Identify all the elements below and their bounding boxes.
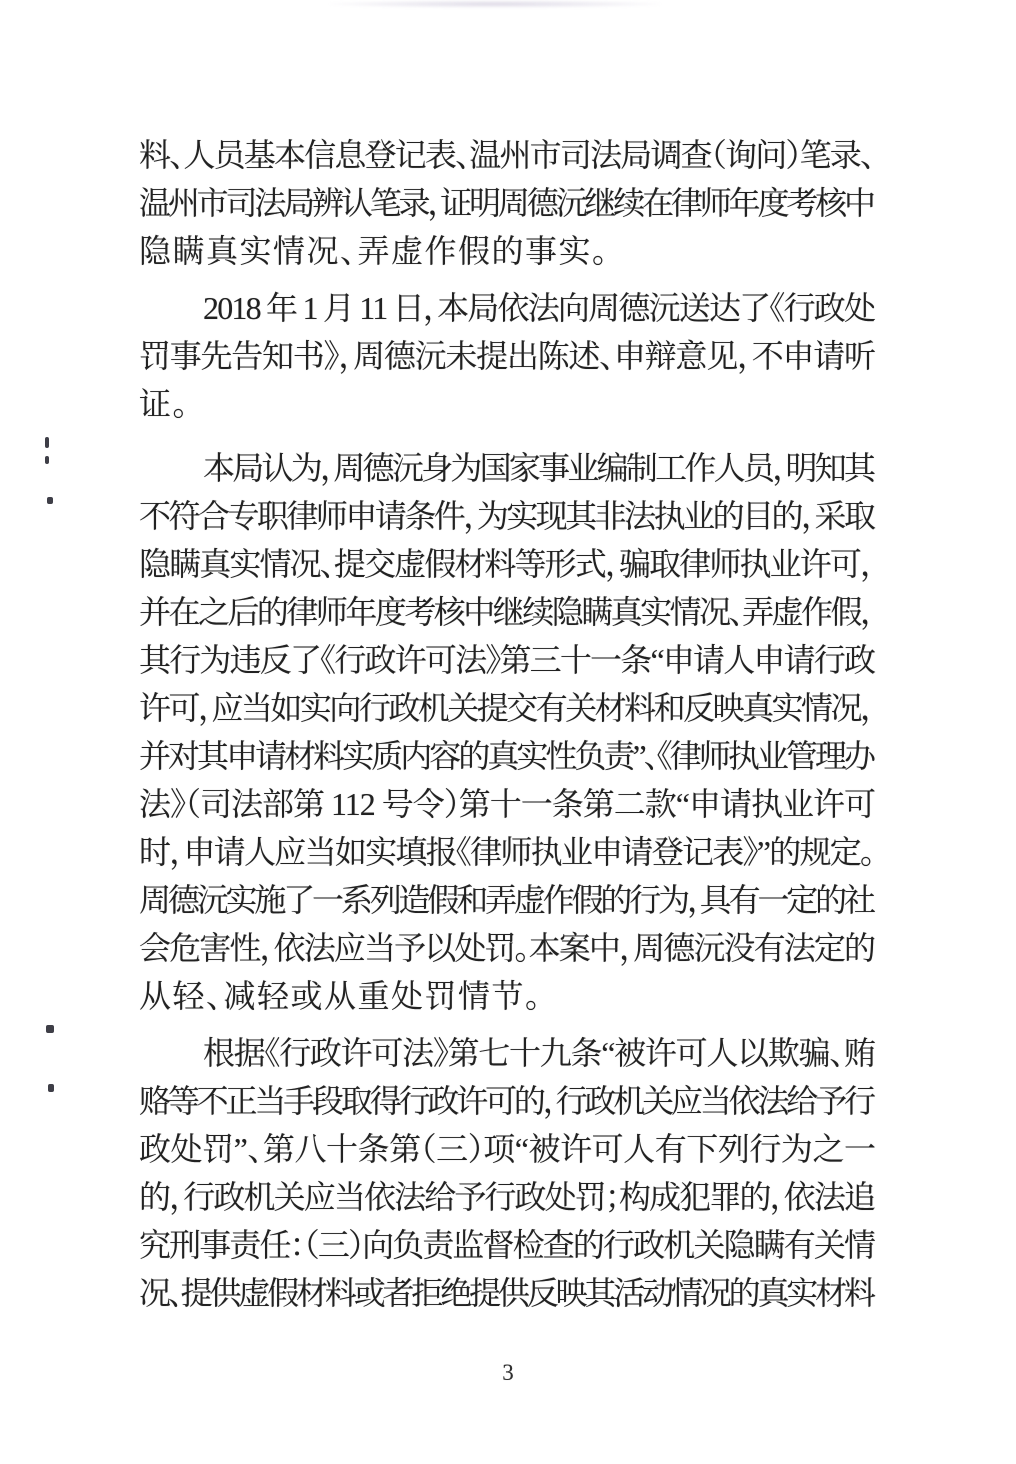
scan-artifact-dot xyxy=(45,456,49,464)
text-line: 法》（司法部第 112 号令）第十一条第二款“申请执业许可 xyxy=(139,780,876,828)
scan-artifact-smudge xyxy=(330,0,660,8)
text-line: 周德沅实施了一系列造假和弄虚作假的行为，具有一定的社 xyxy=(139,876,876,924)
text-line: 其行为违反了《行政许可法》第三十一条“申请人申请行政 xyxy=(139,636,876,684)
text-line: 隐瞒真实情况、提交虚假材料等形式，骗取律师执业许可， xyxy=(139,540,876,588)
text-line: 料、人员基本信息登记表、温州市司法局调查（询问）笔录、 xyxy=(139,131,876,179)
paragraph: 2018 年 1 月 11 日，本局依法向周德沅送达了《行政处罚事先告知书》，周… xyxy=(139,284,876,428)
scan-artifact-dot xyxy=(45,437,49,448)
text-line: 从轻、减轻或从重处罚情节。 xyxy=(139,972,876,1020)
page-footer: 3 xyxy=(0,1360,1016,1386)
text-line-content: 政处罚”、第八十条第（三）项“被许可人有下列行为之一 xyxy=(139,1131,876,1167)
document-page: 料、人员基本信息登记表、温州市司法局调查（询问）笔录、温州市司法局辨认笔录，证明… xyxy=(0,0,1016,1464)
text-line-content: 从轻、减轻或从重处罚情节。 xyxy=(139,978,543,1014)
text-line-content: 罚事先告知书》，周德沅未提出陈述、申辩意见，不申请听 xyxy=(139,338,875,374)
text-line: 政处罚”、第八十条第（三）项“被许可人有下列行为之一 xyxy=(139,1125,876,1173)
text-line-content: 其行为违反了《行政许可法》第三十一条“申请人申请行政 xyxy=(139,642,874,678)
scan-artifact-dot xyxy=(47,497,53,504)
text-line-content: 况、提供虚假材料或者拒绝提供反映其活动情况的真实材料 xyxy=(139,1275,873,1311)
text-line-content: 料、人员基本信息登记表、温州市司法局调查（询问）笔录、 xyxy=(139,137,874,173)
text-line: 证。 xyxy=(139,380,876,428)
text-line: 隐瞒真实情况、弄虚作假的事实。 xyxy=(139,227,876,275)
text-line-content: 2018 年 1 月 11 日，本局依法向周德沅送达了《行政处 xyxy=(203,290,874,326)
scan-artifact-dot xyxy=(48,1084,54,1092)
text-line-content: 时，申请人应当如实填报《律师执业申请登记表》”的规定。 xyxy=(139,834,874,870)
text-line-content: 究刑事责任：（三）向负责监督检查的行政机关隐瞒有关情 xyxy=(139,1227,874,1263)
text-line-content: 许可，应当如实向行政机关提交有关材料和反映真实情况， xyxy=(139,690,873,726)
text-line: 时，申请人应当如实填报《律师执业申请登记表》”的规定。 xyxy=(139,828,876,876)
text-line: 温州市司法局辨认笔录，证明周德沅继续在律师年度考核中 xyxy=(139,179,876,227)
text-line: 本局认为，周德沅身为国家事业编制工作人员，明知其 xyxy=(139,444,876,492)
text-line: 2018 年 1 月 11 日，本局依法向周德沅送达了《行政处 xyxy=(139,284,876,332)
text-line: 的，行政机关应当依法给予行政处罚；构成犯罪的，依法追 xyxy=(139,1173,876,1221)
text-line-content: 赂等不正当手段取得行政许可的，行政机关应当依法给予行 xyxy=(139,1083,873,1119)
text-line-content: 法》（司法部第 112 号令）第十一条第二款“申请执业许可 xyxy=(139,786,875,822)
text-line-content: 温州市司法局辨认笔录，证明周德沅继续在律师年度考核中 xyxy=(139,185,873,221)
text-line-content: 本局认为，周德沅身为国家事业编制工作人员，明知其 xyxy=(203,450,873,486)
text-line-content: 根据《行政许可法》第七十九条“被许可人以欺骗、贿 xyxy=(203,1035,875,1071)
text-line-content: 并在之后的律师年度考核中继续隐瞒真实情况、弄虚作假， xyxy=(139,594,873,630)
text-line-content: 隐瞒真实情况、弄虚作假的事实。 xyxy=(139,233,610,269)
text-line: 并在之后的律师年度考核中继续隐瞒真实情况、弄虚作假， xyxy=(139,588,876,636)
page-number: 3 xyxy=(502,1360,514,1385)
paragraph: 本局认为，周德沅身为国家事业编制工作人员，明知其不符合专职律师申请条件，为实现其… xyxy=(139,444,876,1020)
text-line: 并对其申请材料实质内容的真实性负责”、《律师执业管理办 xyxy=(139,732,876,780)
text-line: 不符合专职律师申请条件，为实现其非法执业的目的，采取 xyxy=(139,492,876,540)
text-line-content: 的，行政机关应当依法给予行政处罚；构成犯罪的，依法追 xyxy=(139,1179,874,1215)
text-line: 许可，应当如实向行政机关提交有关材料和反映真实情况， xyxy=(139,684,876,732)
text-line: 会危害性，依法应当予以处罚。本案中，周德沅没有法定的 xyxy=(139,924,876,972)
text-line: 罚事先告知书》，周德沅未提出陈述、申辩意见，不申请听 xyxy=(139,332,876,380)
document-text-block: 料、人员基本信息登记表、温州市司法局调查（询问）笔录、温州市司法局辨认笔录，证明… xyxy=(139,131,876,1317)
scan-artifact-dot xyxy=(46,1025,54,1033)
text-line-content: 不符合专职律师申请条件，为实现其非法执业的目的，采取 xyxy=(139,498,873,534)
text-line: 根据《行政许可法》第七十九条“被许可人以欺骗、贿 xyxy=(139,1029,876,1077)
paragraph: 料、人员基本信息登记表、温州市司法局调查（询问）笔录、温州市司法局辨认笔录，证明… xyxy=(139,131,876,275)
text-line-content: 并对其申请材料实质内容的真实性负责”、《律师执业管理办 xyxy=(139,738,873,774)
text-line: 赂等不正当手段取得行政许可的，行政机关应当依法给予行 xyxy=(139,1077,876,1125)
text-line: 究刑事责任：（三）向负责监督检查的行政机关隐瞒有关情 xyxy=(139,1221,876,1269)
text-line-content: 周德沅实施了一系列造假和弄虚作假的行为，具有一定的社 xyxy=(139,882,873,918)
scanned-document-body: { "page": { "background": "#ffffff", "te… xyxy=(0,0,1016,1464)
text-line-content: 隐瞒真实情况、提交虚假材料等形式，骗取律师执业许可， xyxy=(139,546,874,582)
text-line-content: 会危害性，依法应当予以处罚。本案中，周德沅没有法定的 xyxy=(139,930,874,966)
paragraph: 根据《行政许可法》第七十九条“被许可人以欺骗、贿赂等不正当手段取得行政许可的，行… xyxy=(139,1029,876,1317)
text-line: 况、提供虚假材料或者拒绝提供反映其活动情况的真实材料 xyxy=(139,1269,876,1317)
text-line-content: 证。 xyxy=(139,386,190,422)
